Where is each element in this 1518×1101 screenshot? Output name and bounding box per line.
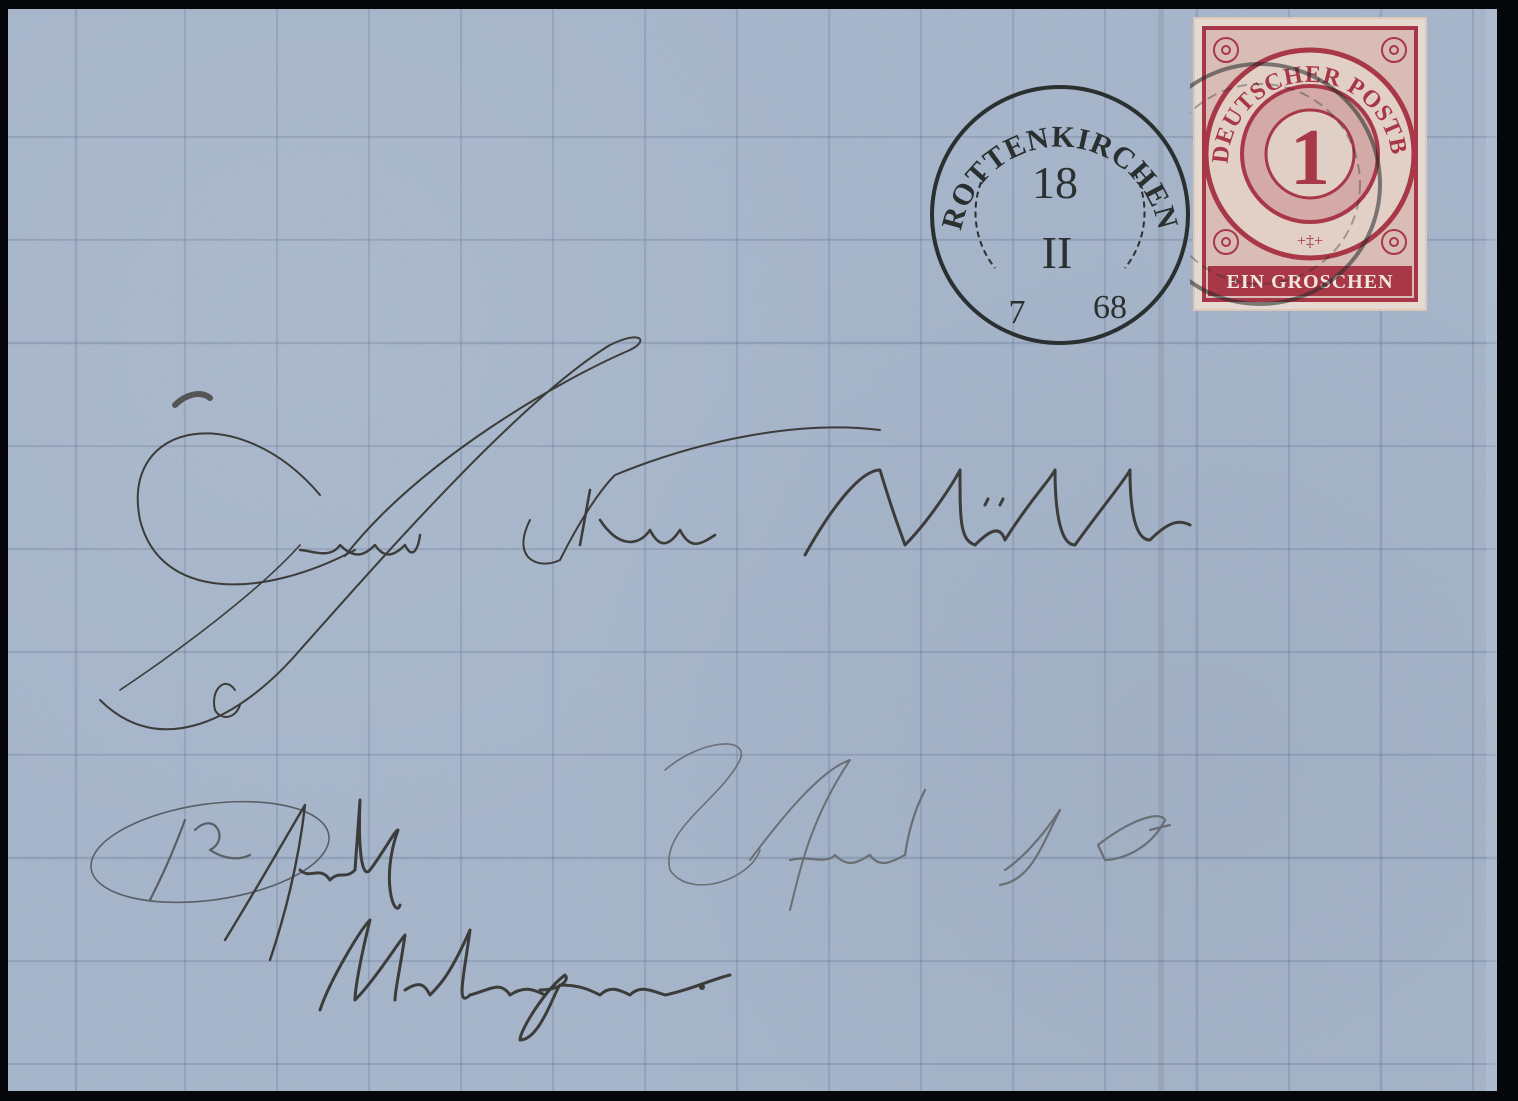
postmark-month: II xyxy=(1042,227,1073,278)
stamp-value-text: EIN GROSCHEN xyxy=(1226,271,1393,293)
postmark-year: 68 xyxy=(1093,289,1127,326)
postage-stamp: NORDDEUTSCHER POSTBEZIRK 1 +‡+ EIN GROSC… xyxy=(1190,14,1430,314)
stamp-numeral: 1 xyxy=(1290,114,1330,202)
postmark-day: 18 xyxy=(1032,157,1078,208)
stamp-cross-ornament: +‡+ xyxy=(1297,233,1323,250)
postmark-cancel: ROTTENKIRCHEN 18 II 7 68 xyxy=(925,78,1195,353)
postmark-hour: 7 xyxy=(1009,294,1026,331)
